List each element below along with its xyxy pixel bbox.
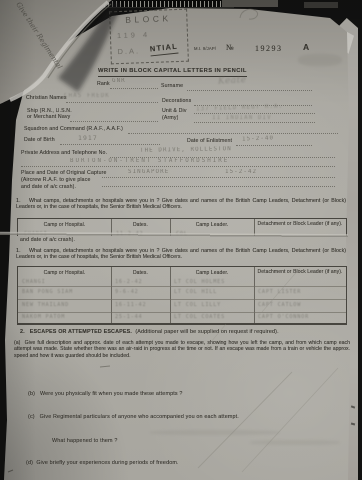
document-photo: NTIAL BLOCK 119 4 D.A. M.I. 9/JAP/ № 192… [0,0,362,480]
field-squadron-label: Squadron and Command (R.A.F., A.A.F.) [24,127,123,133]
question1-text: What camps, detachments or hospitals wer… [16,198,346,211]
field-surname-label: Surname [161,84,183,90]
section2-c: (c) Give Regimental particulars of anyon… [28,414,239,420]
binding-strip [222,0,278,7]
form-ref: M.I. 9/JAP/ [194,47,216,52]
section2-d: (d) Give briefly your experiences during… [26,460,179,466]
field-dob-value: 1917 [78,134,98,142]
section2-heading-note: (Additional paper will be supplied on re… [132,329,279,335]
field-unit-value-2: 11 INDIAN DIV [212,115,272,121]
table1-header-block: Detachment or Block Leader (if any). [254,222,346,228]
serial-number: 19293 [255,44,283,53]
question1b-text: What camps, detachments or hospitals wer… [16,248,346,261]
section2-heading: 2. ESCAPES OR ATTEMPTED ESCAPES. [20,329,132,335]
field-capture-label-3: and date of a/c crash). [21,185,76,191]
row2-leader: LT COL HILL [174,289,217,295]
table1-header-dates: Dates. [111,223,170,229]
field-dob-label: Date of Birth [24,138,55,144]
row2-block: CAPT LISTER [258,289,301,295]
table2-header-leader: Camp Leader. [170,271,254,277]
section2-b: (b) Were you physically fit when you mad… [28,391,183,397]
field-unit-label-2: (Army) [162,116,178,122]
row1-dates: 16-2-42 [115,279,142,285]
no-sign: № [226,43,234,52]
section2-c2: What happened to them ? [52,438,117,444]
field-enlistment-label: Date of Enlistment [187,139,232,145]
row3-block: CAPT CATLOW [258,302,301,308]
field-address-label: Private Address and Telephone No. [21,151,107,157]
row4-leader: LT COL COATES [174,314,225,320]
field-decorations-label: Decorations [162,99,191,105]
table2-header-dates: Dates. [111,271,170,277]
pencil-smudge-1 [298,54,342,66]
table1-header-leader: Camp Leader. [170,223,254,229]
table2-header-block: Detachment or Block Leader (if any). [254,270,346,276]
under-sheet-capture-fragment: and date of a/c crash). [20,238,75,244]
table2-header-camp: Camp or Hospital. [18,271,111,277]
row4-camp: NAKOM PATOM [22,314,65,320]
series-letter: A [303,43,309,53]
faint-note-line-2 [250,440,340,445]
page-fold: Give their Regimental [0,0,150,120]
row4-dates: 25-1-44 [115,314,142,320]
row3-dates: 16-11-42 [115,302,146,308]
row1-camp: CHANGI [22,279,46,285]
field-address-value-2: BURTON-ON-TRENT STAFFORDSHIRE [70,158,229,164]
row2-dates: 9-6-42 [115,289,139,295]
camp-table: Camp or Hospital. Dates. Camp Leader. De… [17,266,347,325]
row1-leader: LT COL HOLMES [174,279,225,285]
row3-camp: NEW THAILAND [22,302,69,308]
binding-strip-2 [304,2,338,8]
faint-note-line-1 [150,430,280,435]
field-enlistment-value: 15-2-40 [242,135,274,142]
field-capture-date-value: 15-2-42 [225,169,257,175]
row3-leader: LT COL LILLY [174,302,221,308]
section2-a: (a) Give full description and approx. da… [14,340,350,359]
field-capture-place-value: SINGAPORE [128,169,169,175]
table1-header-camp: Camp or Hospital. [18,223,111,229]
row2-camp: BAN PONG SIAM [22,289,73,295]
field-surname-value: Keate [218,75,247,86]
row4-block: CAPT O'CONNOR [258,314,309,320]
